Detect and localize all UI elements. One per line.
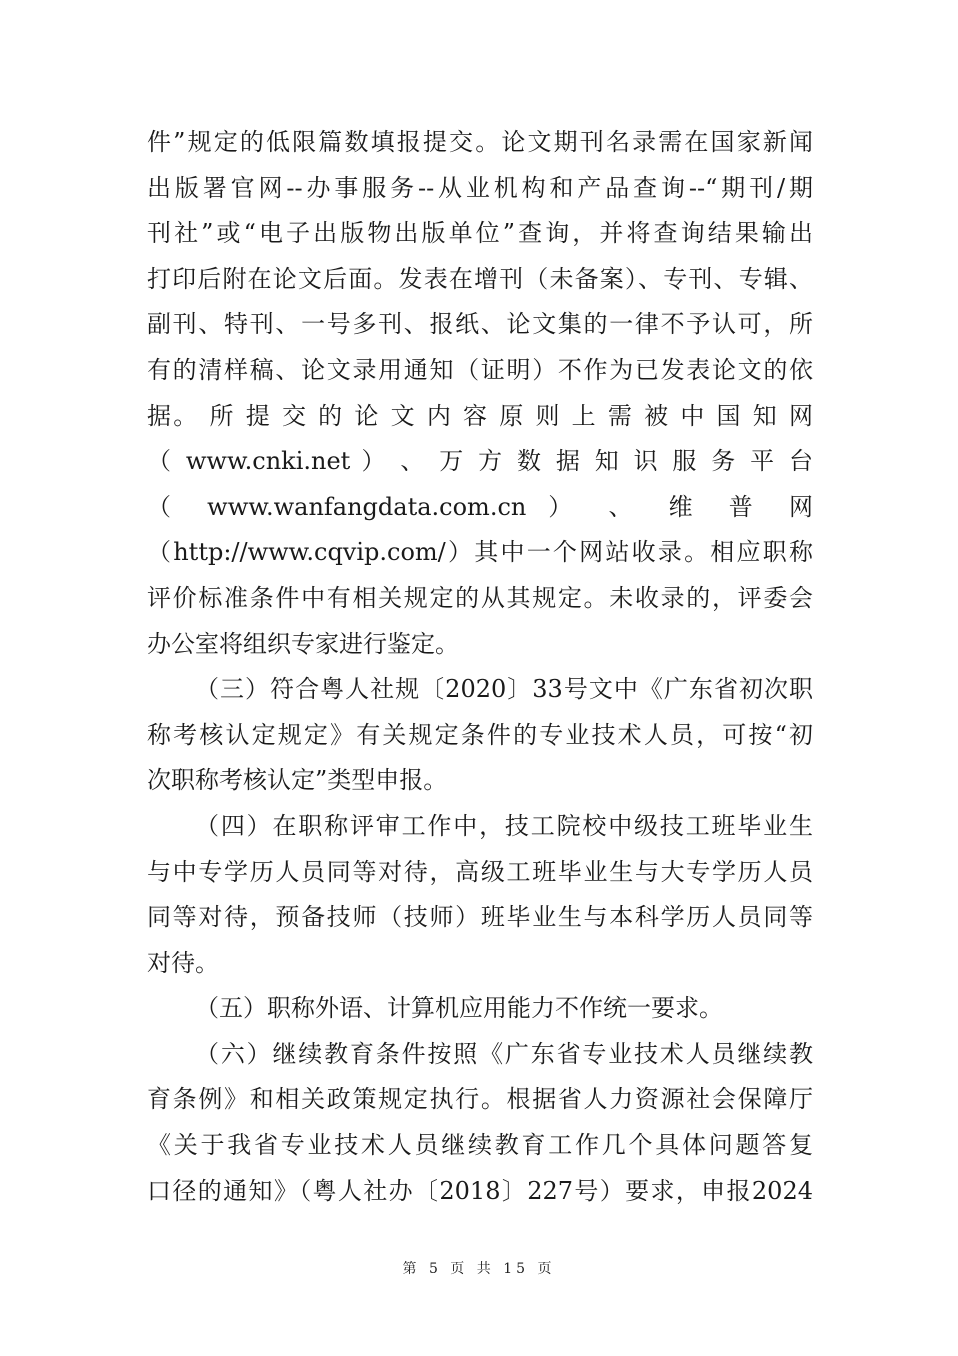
text-line: （http://www.cqvip.com/）其中一个网站收录。相应职称 xyxy=(147,530,813,576)
text-line: 刊社”或“电子出版物出版单位”查询，并将查询结果输出 xyxy=(147,211,813,257)
text-line: 同等对待，预备技师（技师）班毕业生与本科学历人员同等 xyxy=(147,895,813,941)
text-line: 副刊、特刊、一号多刊、报纸、论文集的一律不予认可，所 xyxy=(147,302,813,348)
text-line: （ www.cnki.net ） 、 万 方 数 据 知 识 服 务 平 台 xyxy=(147,439,813,485)
text-line: 有的清样稿、论文录用通知（证明）不作为已发表论文的依 xyxy=(147,348,813,394)
body-text: 件”规定的低限篇数填报提交。论文期刊名录需在国家新闻 出版署官网--办事服务--… xyxy=(147,120,813,1214)
text-line: 件”规定的低限篇数填报提交。论文期刊名录需在国家新闻 xyxy=(147,120,813,166)
text-line: 据。 所 提 交 的 论 文 内 容 原 则 上 需 被 中 国 知 网 xyxy=(147,394,813,440)
document-page: 件”规定的低限篇数填报提交。论文期刊名录需在国家新闻 出版署官网--办事服务--… xyxy=(0,0,958,1356)
paragraph-3-heading-line: （三）符合粤人社规〔2020〕33号文中《广东省初次职 xyxy=(147,667,813,713)
text-line: 打印后附在论文后面。发表在增刊（未备案）、专刊、专辑、 xyxy=(147,257,813,303)
text-line: 评价标准条件中有相关规定的从其规定。未收录的，评委会 xyxy=(147,576,813,622)
text-line: 次职称考核认定”类型申报。 xyxy=(147,758,813,804)
text-line: （ www.wanfangdata.com.cn ） 、 维 普 网 xyxy=(147,485,813,531)
text-line: 称考核认定规定》有关规定条件的专业技术人员，可按“初 xyxy=(147,713,813,759)
text-line: 对待。 xyxy=(147,941,813,987)
text-line: 与中专学历人员同等对待，高级工班毕业生与大专学历人员 xyxy=(147,850,813,896)
text-line: 出版署官网--办事服务--从业机构和产品查询--“期刊/期 xyxy=(147,166,813,212)
text-line: 办公室将组织专家进行鉴定。 xyxy=(147,622,813,668)
paragraph-4-heading-line: （四）在职称评审工作中，技工院校中级技工班毕业生 xyxy=(147,804,813,850)
text-line: 口径的通知》（粤人社办〔2018〕227号）要求，申报2024 xyxy=(147,1169,813,1215)
text-line: 《关于我省专业技术人员继续教育工作几个具体问题答复 xyxy=(147,1123,813,1169)
text-line: 育条例》和相关政策规定执行。根据省人力资源社会保障厅 xyxy=(147,1077,813,1123)
paragraph-6-heading-line: （六）继续教育条件按照《广东省专业技术人员继续教 xyxy=(147,1032,813,1078)
paragraph-5-line: （五）职称外语、计算机应用能力不作统一要求。 xyxy=(147,986,813,1032)
page-number-footer: 第 5 页 共 15 页 xyxy=(0,1258,958,1278)
